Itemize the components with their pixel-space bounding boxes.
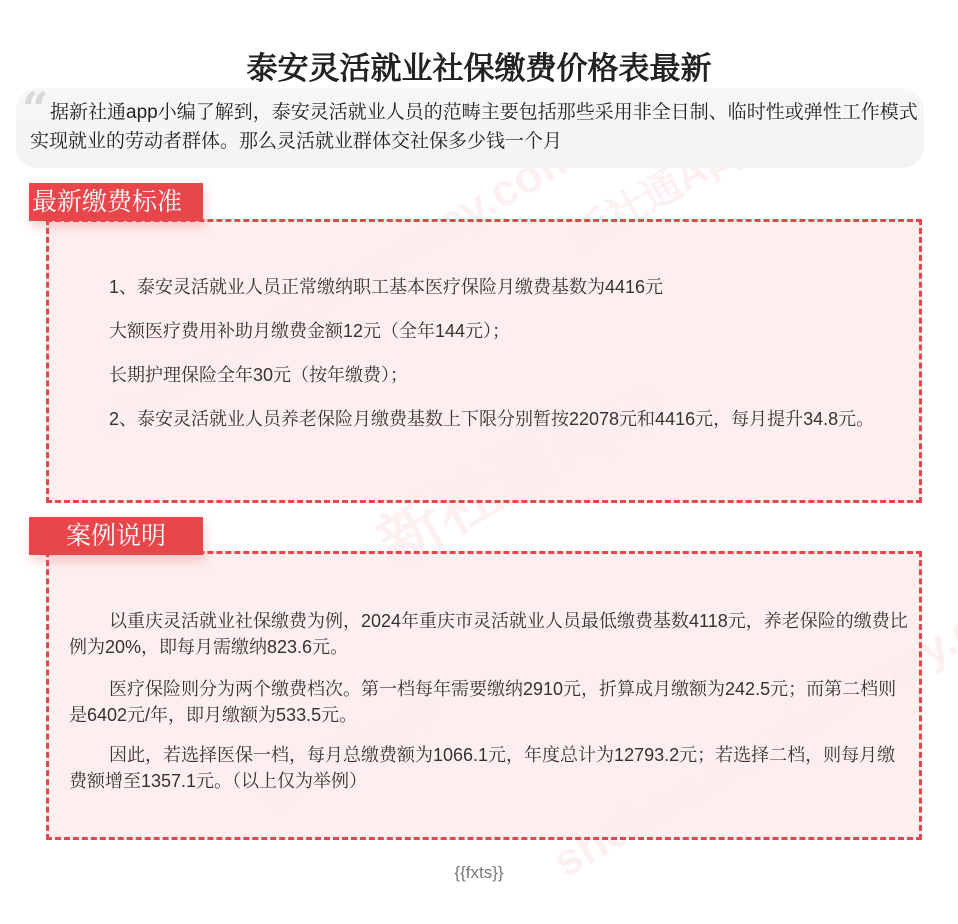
paragraph: 因此，若选择医保一档，每月总缴费额为1066.1元，年度总计为12793.2元；… xyxy=(69,742,909,794)
section-box-standard: 1、泰安灵活就业人员正常缴纳职工基本医疗保险月缴费基数为4416元 大额医疗费用… xyxy=(46,219,922,503)
paragraph: 2、泰安灵活就业人员养老保险月缴费基数上下限分别暂按22078元和4416元，每… xyxy=(69,406,909,432)
paragraph: 医疗保险则分为两个缴费档次。第一档每年需要缴纳2910元，折算成月缴额为242.… xyxy=(69,676,909,728)
paragraph: 大额医疗费用补助月缴费金额12元（全年144元）； xyxy=(69,318,909,344)
intro-box: “ 据新社通app小编了解到，泰安灵活就业人员的范畴主要包括那些采用非全日制、临… xyxy=(16,88,924,168)
paragraph: 1、泰安灵活就业人员正常缴纳职工基本医疗保险月缴费基数为4416元 xyxy=(69,274,909,300)
page-title: 泰安灵活就业社保缴费价格表最新 xyxy=(0,43,958,88)
footer-placeholder: {{fxts}} xyxy=(0,863,958,883)
paragraph: 长期护理保险全年30元（按年缴费）； xyxy=(69,362,909,388)
section-tag-example: 案例说明 xyxy=(29,517,203,555)
section-box-example: 以重庆灵活就业社保缴费为例，2024年重庆市灵活就业人员最低缴费基数4118元，… xyxy=(46,551,922,840)
intro-text: 据新社通app小编了解到，泰安灵活就业人员的范畴主要包括那些采用非全日制、临时性… xyxy=(30,98,920,156)
section-tag-standard: 最新缴费标准 xyxy=(29,183,203,221)
paragraph: 以重庆灵活就业社保缴费为例，2024年重庆市灵活就业人员最低缴费基数4118元，… xyxy=(69,608,909,660)
